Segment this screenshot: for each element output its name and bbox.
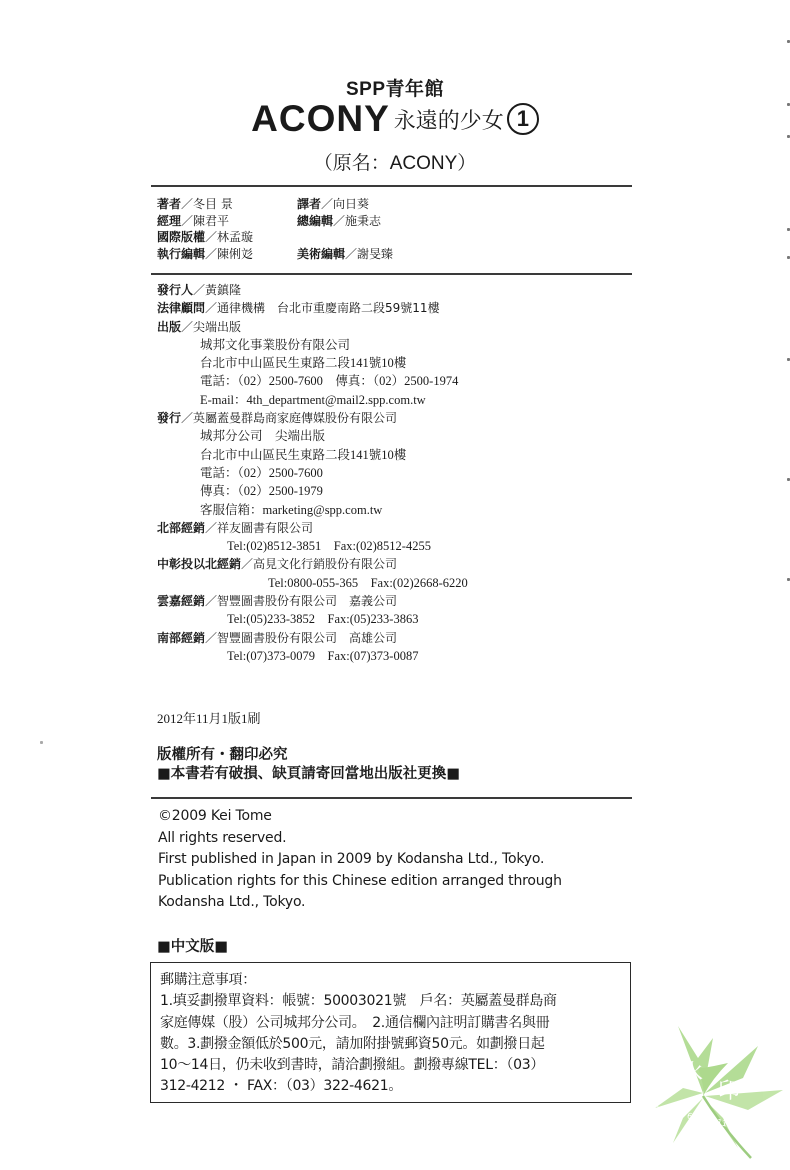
svg-text:印: 印 <box>718 1079 740 1104</box>
credit-row: 著者／冬目 景 譯者／向日葵 <box>157 196 253 213</box>
rights-notice: 版權所有・翻印必究 ■本書若有破損、缺頁請寄回當地出版社更換■ <box>157 746 460 784</box>
credit-row: 國際版權／林孟璇 <box>157 229 253 246</box>
separator: ／ <box>241 557 253 571</box>
distribution-value: 英屬蓋曼群島商家庭傳媒股份有限公司 <box>193 411 397 425</box>
copyright-line: Publication rights for this Chinese edit… <box>158 871 562 893</box>
distributor-value: 智豐圖書股份有限公司 高雄公司 <box>217 631 397 645</box>
edition-row: 出版／尖端出版 <box>157 318 468 336</box>
credit-label: 總編輯 <box>297 214 333 228</box>
distribution-line: 城邦分公司 尖端出版 <box>157 427 468 445</box>
credit-value: 向日葵 <box>333 197 369 211</box>
separator: ／ <box>321 197 333 211</box>
separator: ／ <box>181 320 193 334</box>
credit-value: 施秉志 <box>345 214 381 228</box>
rights-line: ■本書若有破損、缺頁請寄回當地出版社更換■ <box>157 765 460 784</box>
separator: ／ <box>205 521 217 535</box>
notice-line: 數。3.劃撥金額低於500元，請加附掛號郵資50元。如劃撥日起 <box>160 1034 624 1055</box>
separator: ／ <box>205 594 217 608</box>
copyright-block: ©2009 Kei Tome All rights reserved. Firs… <box>158 806 562 914</box>
distributor-value: 祥友圖書有限公司 <box>217 521 313 535</box>
divider-copyright <box>151 797 632 799</box>
distributor-north: 北部經銷／祥友圖書有限公司 <box>157 519 468 537</box>
edition-line: 城邦文化事業股份有限公司 <box>157 336 468 354</box>
distributor-south: 南部經銷／智豐圖書股份有限公司 高雄公司 <box>157 629 468 647</box>
distributor-yunjia: 雲嘉經銷／智豐圖書股份有限公司 嘉義公司 <box>157 592 468 610</box>
original-title: （原名：ACONY） <box>0 148 790 175</box>
notice-line: 10～14日，仍未收到書時，請洽劃撥組。劃撥專線TEL：（03） <box>160 1055 624 1076</box>
credit-label: 執行編輯 <box>157 247 205 261</box>
distribution-email: 客服信箱：marketing@spp.com.tw <box>157 501 468 519</box>
credit-label: 經理 <box>157 214 181 228</box>
legal-label: 法律顧問 <box>157 301 205 315</box>
divider-top <box>151 185 632 187</box>
edition-label: 出版 <box>157 320 181 334</box>
book-title: ACONY永遠的少女1 <box>0 98 790 140</box>
distributor-label: 雲嘉經銷 <box>157 594 205 608</box>
credit-value: 冬目 景 <box>193 197 233 211</box>
separator: ／ <box>205 230 217 244</box>
distributor-contact: Tel:(02)8512-3851 Fax:(02)8512-4255 <box>157 537 468 555</box>
divider-credits <box>151 273 632 275</box>
title-english: ACONY <box>251 98 390 139</box>
separator: ／ <box>193 283 205 297</box>
watermark-leaf-icon: 水 印 Scan by 60502011 <box>643 1018 790 1168</box>
edition-line: 台北市中山區民生東路二段141號10樓 <box>157 354 468 372</box>
mail-order-notice-text: 郵購注意事項： 1.填妥劃撥單資料：帳號：50003021號 戶名：英屬蓋曼群島… <box>160 970 624 1098</box>
publisher-value: 黃鎮隆 <box>205 283 241 297</box>
credit-label: 著者 <box>157 197 181 211</box>
distributor-label: 南部經銷 <box>157 631 205 645</box>
series-name: SPP青年館 <box>0 74 790 101</box>
separator: ／ <box>181 411 193 425</box>
distributor-contact: Tel:0800-055-365 Fax:(02)2668-6220 <box>157 574 468 592</box>
distribution-line: 傳真：（02）2500-1979 <box>157 482 468 500</box>
separator: ／ <box>205 301 217 315</box>
watermark-text: 水 <box>681 1061 703 1086</box>
edition-value: 尖端出版 <box>193 320 241 334</box>
volume-number-circle: 1 <box>507 103 539 135</box>
notice-line: 312-4212 ・ FAX：（03）322-4621。 <box>160 1076 624 1097</box>
credit-label: 美術編輯 <box>297 247 345 261</box>
rights-line: 版權所有・翻印必究 <box>157 746 460 765</box>
distributor-label: 中彰投以北經銷 <box>157 557 241 571</box>
separator: ／ <box>205 247 217 261</box>
scan-speck <box>40 741 43 744</box>
separator: ／ <box>205 631 217 645</box>
distributor-contact: Tel:(05)233-3852 Fax:(05)233-3863 <box>157 610 468 628</box>
credit-value: 陳俐彣 <box>217 247 253 261</box>
separator: ／ <box>345 247 357 261</box>
title-chinese: 永遠的少女 <box>394 109 504 134</box>
distribution-line: 台北市中山區民生東路二段141號10樓 <box>157 446 468 464</box>
credit-value: 陳君平 <box>193 214 229 228</box>
publisher-label: 發行人 <box>157 283 193 297</box>
copyright-line: Kodansha Ltd., Tokyo. <box>158 892 562 914</box>
credit-label: 國際版權 <box>157 230 205 244</box>
separator: ／ <box>333 214 345 228</box>
credit-value: 謝旻臻 <box>357 247 393 261</box>
distribution-label: 發行 <box>157 411 181 425</box>
credit-value: 林孟璇 <box>217 230 253 244</box>
edition-email: E-mail：4th_department@mail2.spp.com.tw <box>157 391 468 409</box>
mail-order-notice-box: 郵購注意事項： 1.填妥劃撥單資料：帳號：50003021號 戶名：英屬蓋曼群島… <box>150 962 631 1103</box>
separator: ／ <box>181 197 193 211</box>
notice-line: 1.填妥劃撥單資料：帳號：50003021號 戶名：英屬蓋曼群島商 <box>160 991 624 1012</box>
legal-value: 通律機構 台北市重慶南路二段59號11樓 <box>217 301 440 315</box>
credits-block: 著者／冬目 景 譯者／向日葵 經理／陳君平 總編輯／施秉志 國際版權／林孟璇 執… <box>157 196 253 262</box>
credit-row: 執行編輯／陳俐彣 美術編輯／謝旻臻 <box>157 246 253 263</box>
distributor-value: 智豐圖書股份有限公司 嘉義公司 <box>217 594 397 608</box>
distributor-central: 中彰投以北經銷／高見文化行銷股份有限公司 <box>157 555 468 573</box>
edition-line: 電話：（02）2500-7600 傳真：（02）2500-1974 <box>157 372 468 390</box>
copyright-line: ©2009 Kei Tome <box>158 806 562 828</box>
notice-line: 家庭傳媒（股）公司城邦分公司。 2.通信欄內註明訂購書名與冊 <box>160 1013 624 1034</box>
distributor-value: 高見文化行銷股份有限公司 <box>253 557 397 571</box>
chinese-edition-label: ■中文版■ <box>157 935 228 956</box>
credit-label: 譯者 <box>297 197 321 211</box>
credit-row: 經理／陳君平 總編輯／施秉志 <box>157 213 253 230</box>
separator: ／ <box>181 214 193 228</box>
distributor-label: 北部經銷 <box>157 521 205 535</box>
copyright-line: First published in Japan in 2009 by Koda… <box>158 849 562 871</box>
notice-line: 郵購注意事項： <box>160 970 624 991</box>
distribution-line: 電話：（02）2500-7600 <box>157 464 468 482</box>
distributor-contact: Tel:(07)373-0079 Fax:(07)373-0087 <box>157 647 468 665</box>
publisher-row: 發行人／黃鎮隆 <box>157 281 468 299</box>
publishing-block: 發行人／黃鎮隆 法律顧問／通律機構 台北市重慶南路二段59號11樓 出版／尖端出… <box>157 281 468 665</box>
legal-row: 法律顧問／通律機構 台北市重慶南路二段59號11樓 <box>157 299 468 317</box>
distribution-row: 發行／英屬蓋曼群島商家庭傳媒股份有限公司 <box>157 409 468 427</box>
edition-date: 2012年11月1版1刷 <box>157 708 261 727</box>
copyright-line: All rights reserved. <box>158 828 562 850</box>
svg-text:Scan by 60502011: Scan by 60502011 <box>653 1104 728 1128</box>
